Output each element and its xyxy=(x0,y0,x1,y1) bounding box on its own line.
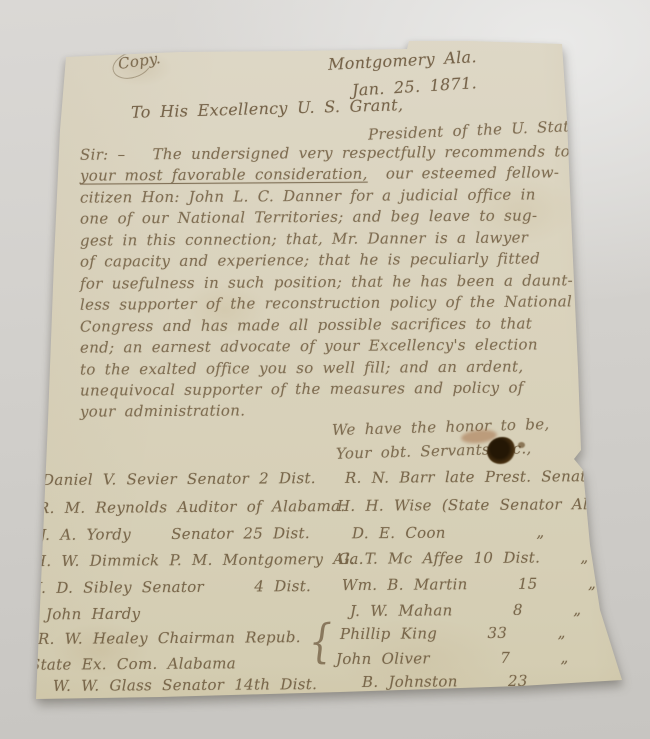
body-line-10: end; an earnest advocate of your Excelle… xyxy=(80,337,538,355)
signature-right-5: Wm. B. Martin 15 „ „ xyxy=(342,576,650,593)
body-line-9: Congress and has made all possible sacri… xyxy=(80,316,532,334)
signature-left-9: W. W. Glass Senator 14th Dist. xyxy=(53,677,317,694)
copy-annotation: Copy. xyxy=(117,51,162,72)
body-line-2: your most favorable consideration, our e… xyxy=(80,165,559,183)
signature-left-5: J. D. Sibley Senator 4 Dist. xyxy=(36,579,311,596)
recipient-line: To His Excellency U. S. Grant, xyxy=(131,97,404,121)
body-line-7: for usefulness in such position; that he… xyxy=(80,273,573,291)
signature-right-9: B. Johnston 23 „ „ xyxy=(362,673,645,690)
ink-blot-dot xyxy=(518,442,525,448)
signature-right-2: H. H. Wise (State Senator Ala.) xyxy=(337,497,609,514)
body-line-11: to the exalted office you so well fill; … xyxy=(80,359,523,377)
signature-brace: { xyxy=(308,614,333,669)
signature-left-6: John Hardy xyxy=(46,607,141,623)
body-line-2-rest: our esteemed fellow- xyxy=(368,163,560,182)
signature-right-3: D. E. Coon „ „ „ xyxy=(352,524,650,542)
underlined-phrase: your most favorable consideration, xyxy=(80,165,368,185)
paper-shadow: Copy. Montgomery Ala. Jan. 25. 1871. To … xyxy=(0,0,650,739)
closing-line-1: We have the honor to be, xyxy=(332,417,550,438)
letter-photograph: Copy. Montgomery Ala. Jan. 25. 1871. To … xyxy=(0,0,650,739)
paper-sheet: Copy. Montgomery Ala. Jan. 25. 1871. To … xyxy=(0,0,650,739)
body-line-6: of capacity and experience; that he is p… xyxy=(80,251,540,269)
body-line-8: less supporter of the reconstruction pol… xyxy=(80,294,572,312)
signature-right-7: Phillip King 33 „ „ xyxy=(340,625,624,642)
signature-left-4: H. W. Dimmick P. M. Montgomery Ala. xyxy=(33,552,364,569)
ink-blot xyxy=(487,437,515,464)
body-line-3: citizen Hon: John L. C. Danner for a jud… xyxy=(80,187,536,205)
body-line-1: Sir: – The undersigned very respectfully… xyxy=(80,144,570,162)
body-line-12: unequivocal supporter of the measures an… xyxy=(80,380,524,398)
signature-right-6: J. W. Mahan 8 „ „ xyxy=(350,602,640,619)
signature-left-7: R. W. Healey Chairman Repub. xyxy=(38,630,301,647)
signature-right-4: G. T. Mc Affee 10 Dist. „ xyxy=(338,550,589,567)
body-line-13: your administration. xyxy=(80,403,245,419)
body-line-4: one of our National Territories; and beg… xyxy=(80,208,537,226)
signature-left-3: J. A. Yordy Senator 25 Dist. xyxy=(40,526,310,543)
signature-right-1: R. N. Barr late Prest. Senate xyxy=(345,469,596,486)
body-line-5: gest in this connection; that, Mr. Danne… xyxy=(80,230,528,248)
foxing-spot xyxy=(38,310,44,315)
signature-left-1: Daniel V. Sevier Senator 2 Dist. xyxy=(42,471,316,488)
recipient-title-line: President of the U. States. xyxy=(368,118,592,142)
signature-left-8: State Ex. Com. Alabama xyxy=(30,656,236,672)
signature-left-2: R. M. Reynolds Auditor of Alabama. xyxy=(38,499,346,516)
dateline-place: Montgomery Ala. xyxy=(328,49,477,73)
signature-right-8: John Oliver 7 „ „ xyxy=(336,650,627,667)
